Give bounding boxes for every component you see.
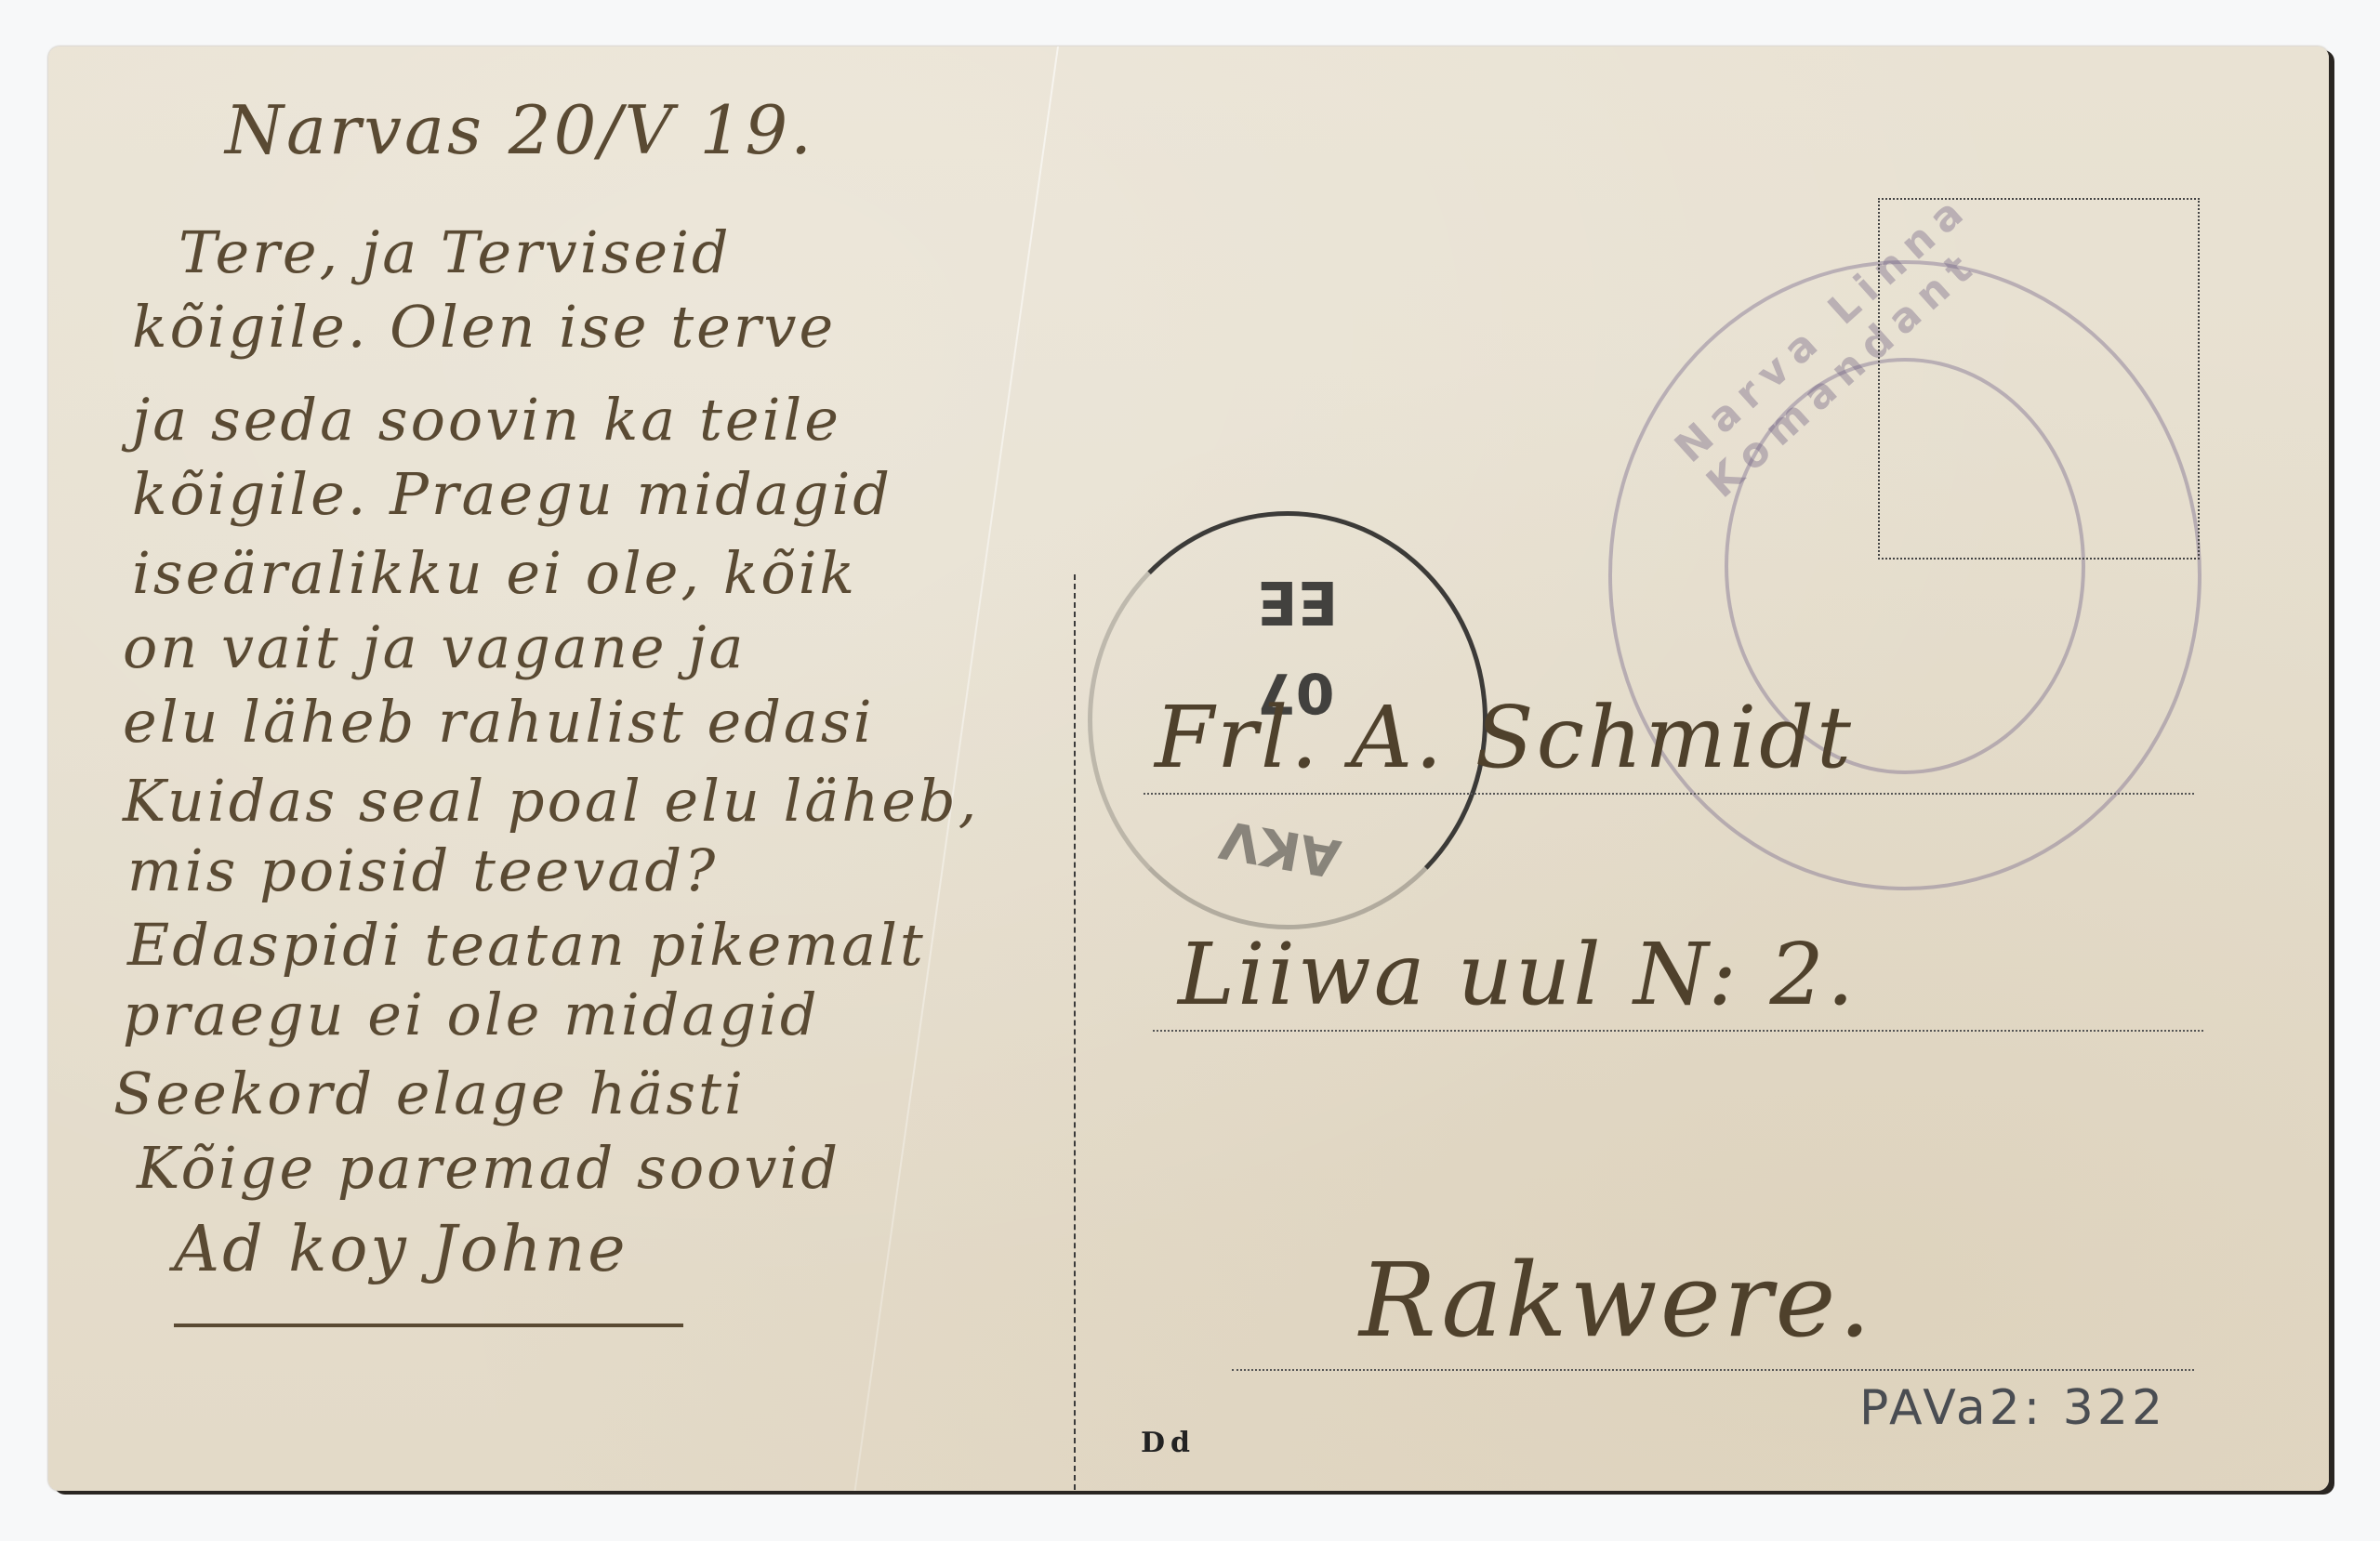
message-line: Seekord elage hästi [113,1060,746,1127]
address-line-2 [1153,1030,2203,1032]
address-line-1 [1144,793,2194,795]
recipient-street: Liiwa uul N: 2. [1178,925,1857,1024]
message-line: iseäralikku ei ole, kõik [132,539,857,607]
message-line: Kuidas seal poal elu läheb, [123,767,979,835]
message-line: kõigile. Olen ise terve [132,293,836,361]
message-line: ja seda soovin ka teile [132,386,841,454]
archive-number: PAVa2: 322 [1859,1380,2166,1436]
address-line-3 [1232,1369,2194,1371]
place-date: Narvas 20/V 19. [225,91,814,169]
printer-mark: Dd [1141,1427,1196,1459]
message-line: Tere, ja Terviseid [178,218,732,286]
message-line: elu läheb rahulist edasi [123,688,875,756]
vertical-divider [1074,574,1076,1490]
postcard: Narva Linna Komandant ЕЕ 07 AKV Narvas 2… [48,46,2329,1491]
postmark-top-text: ЕЕ [1257,567,1338,636]
recipient-name: Frl. A. Schmidt [1155,688,1854,787]
stamp-box [1878,198,2200,560]
message-line: Edaspidi teatan pikemalt [127,911,926,979]
message-line: Kõige paremad soovid [137,1134,840,1202]
signature: Ad koy Johne [174,1213,683,1327]
message-line: kõigile. Praegu midagid [132,460,892,528]
message-line: mis poisid teevad? [127,836,718,904]
message-line: praegu ei ole midagid [123,981,820,1048]
recipient-city: Rakwere. [1359,1241,1873,1360]
message-line: on vait ja vagane ja [123,613,746,681]
